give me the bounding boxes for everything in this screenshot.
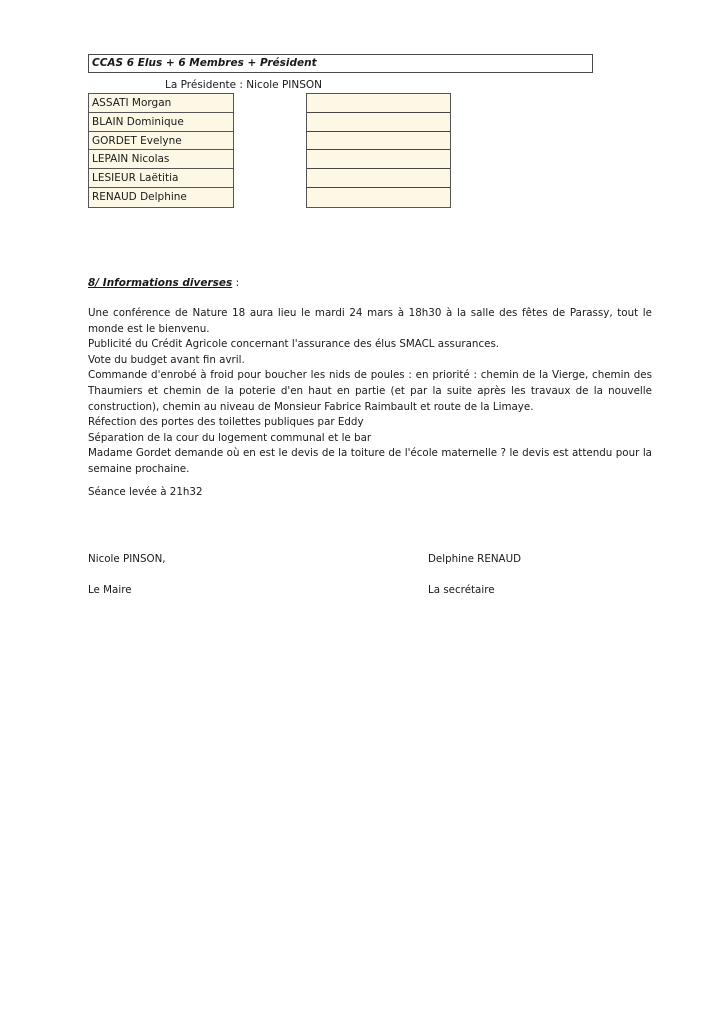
info-paragraph: Madame Gordet demande où en est le devis… [88, 446, 652, 477]
informations-body: Une conférence de Nature 18 aura lieu le… [88, 306, 652, 478]
section-title-suffix: : [232, 277, 239, 289]
section-title: 8/ Informations diverses : [88, 277, 239, 290]
blank-row [307, 94, 450, 113]
blank-row [307, 132, 450, 151]
blank-members-table [306, 93, 451, 208]
blank-row [307, 188, 450, 207]
info-paragraph: Publicité du Crédit Agricole concernant … [88, 337, 652, 353]
member-row: LEPAIN Nicolas [89, 150, 233, 169]
member-row: GORDET Evelyne [89, 132, 233, 151]
signature-left-role: Le Maire [88, 584, 132, 597]
members-table: ASSATI Morgan BLAIN Dominique GORDET Eve… [88, 93, 234, 208]
blank-row [307, 169, 450, 188]
info-paragraph: Séparation de la cour du logement commun… [88, 431, 652, 447]
info-paragraph: Commande d'enrobé à froid pour boucher l… [88, 368, 652, 415]
info-paragraph: Vote du budget avant fin avril. [88, 353, 652, 369]
info-paragraph: Réfection des portes des toilettes publi… [88, 415, 652, 431]
ccas-header-text: CCAS 6 Elus + 6 Membres + Président [92, 57, 317, 69]
member-row: ASSATI Morgan [89, 94, 233, 113]
member-row: BLAIN Dominique [89, 113, 233, 132]
member-row: LESIEUR Laëtitia [89, 169, 233, 188]
signature-left-name: Nicole PINSON, [88, 553, 166, 566]
document-page: CCAS 6 Elus + 6 Membres + Président La P… [0, 0, 724, 1024]
president-line: La Présidente : Nicole PINSON [165, 79, 322, 92]
section-title-text: 8/ Informations diverses [88, 277, 232, 289]
blank-row [307, 113, 450, 132]
signature-right-role: La secrétaire [428, 584, 495, 597]
seance-closing: Séance levée à 21h32 [88, 486, 203, 499]
info-paragraph: Une conférence de Nature 18 aura lieu le… [88, 306, 652, 337]
blank-row [307, 150, 450, 169]
ccas-header-box: CCAS 6 Elus + 6 Membres + Président [88, 54, 593, 73]
signature-right-name: Delphine RENAUD [428, 553, 521, 566]
member-row: RENAUD Delphine [89, 188, 233, 207]
